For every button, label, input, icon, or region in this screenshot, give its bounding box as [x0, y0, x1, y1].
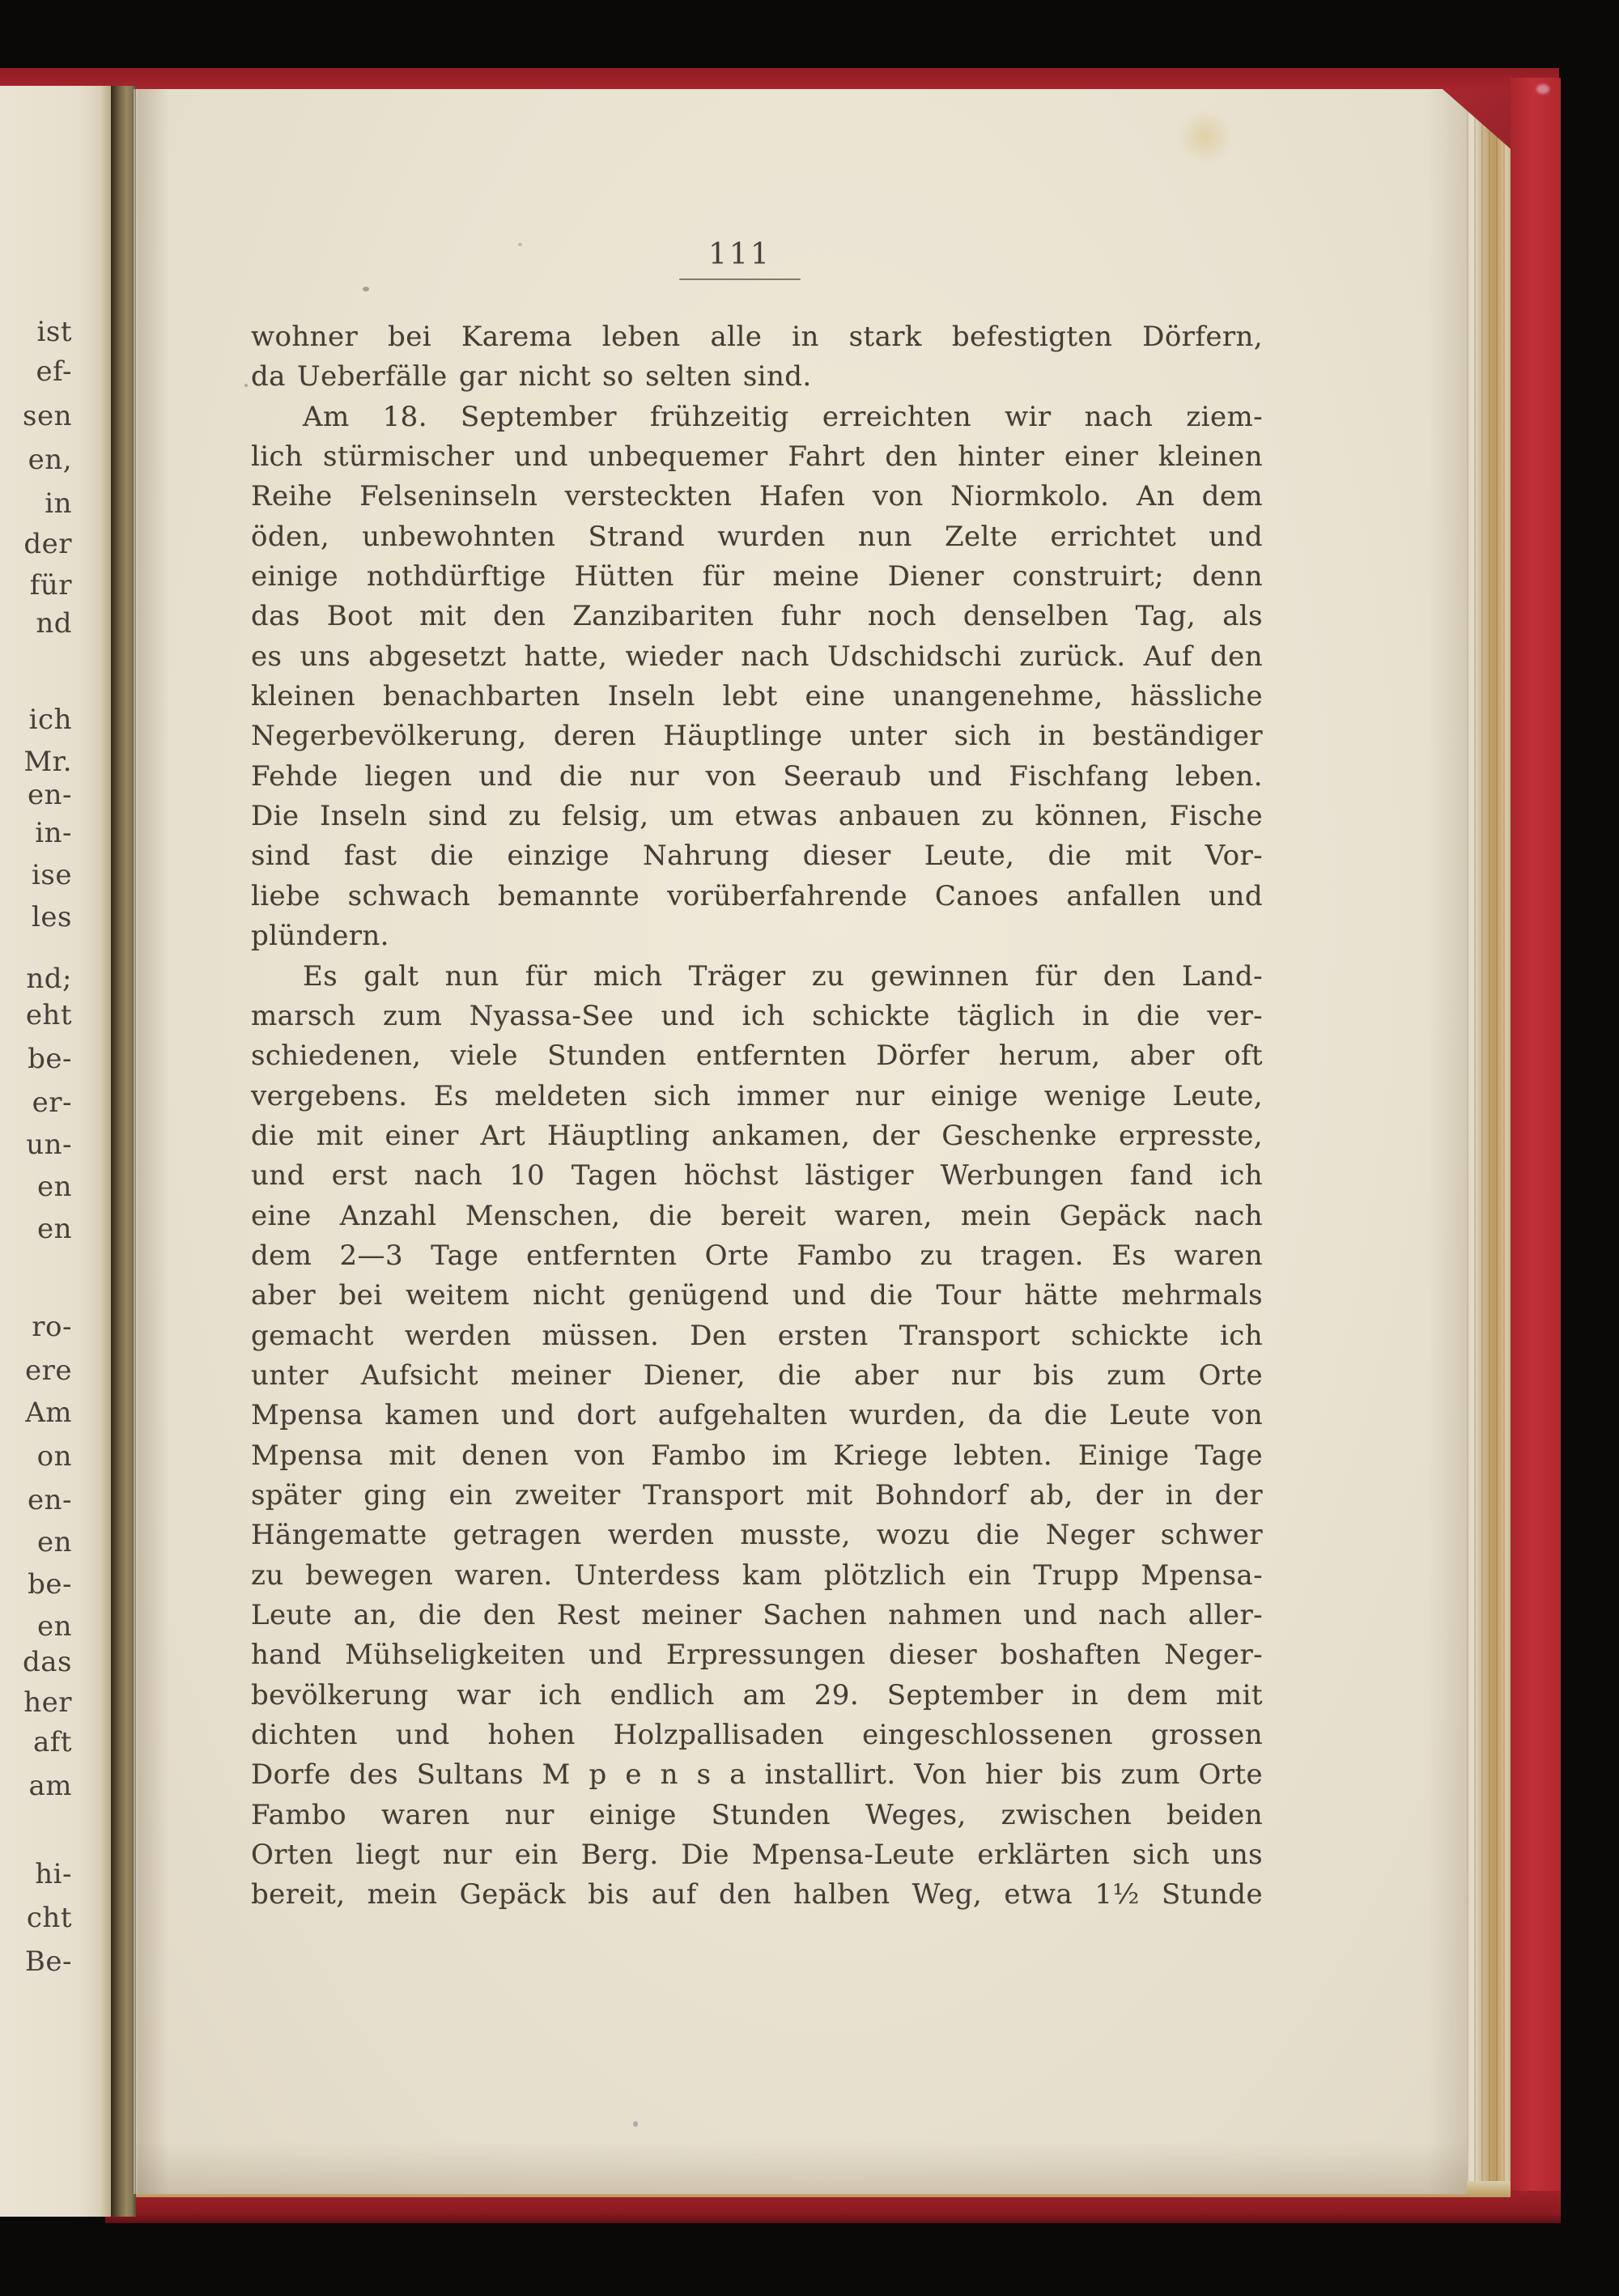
facing-page-fragment: das [23, 1646, 72, 1678]
text-line: unter Aufsicht meiner Diener, die aber n… [251, 1356, 1263, 1396]
facing-page-fragment: in- [35, 817, 72, 849]
facing-page-fragment: er- [32, 1086, 72, 1119]
facing-page-fragment: cht [27, 1902, 72, 1934]
page-number: 111 [678, 238, 801, 271]
paper-fuzz [1536, 84, 1549, 94]
text-line: da Ueberfälle gar nicht so selten sind. [251, 357, 1263, 397]
book-photo-scene: istef-senen,inderfürndichMr.en-in-iseles… [0, 0, 1619, 2296]
text-line: vergebens. Es meldeten sich immer nur ei… [251, 1077, 1263, 1116]
text-line: Fambo waren nur einige Stunden Weges, zw… [251, 1796, 1263, 1835]
facing-page-fragment: hi- [35, 1858, 72, 1890]
text-line: Es galt nun für mich Träger zu gewinnen … [251, 957, 1263, 997]
text-line: marsch zum Nyassa-See und ich schickte t… [251, 997, 1263, 1036]
facing-page-fragment: Be- [25, 1945, 72, 1978]
text-line: Mpensa kamen und dort aufgehalten wurden… [251, 1396, 1263, 1435]
page-edge-stack-right [1467, 104, 1511, 2191]
text-line: die mit einer Art Häuptling ankamen, der… [251, 1116, 1263, 1156]
text-line: dichten und hohen Holzpallisaden eingesc… [251, 1716, 1263, 1755]
facing-page-fragment: en [37, 1526, 72, 1558]
text-line: plündern. [251, 916, 1263, 956]
facing-page-fragment: der [23, 528, 72, 560]
facing-page-fragment: les [32, 901, 72, 933]
text-line: sind fast die einzige Nahrung dieser Leu… [251, 836, 1263, 876]
paper-speck [363, 287, 369, 291]
page-number-rule [679, 278, 801, 280]
text-line: und erst nach 10 Tagen höchst lästiger W… [251, 1156, 1263, 1196]
text-line: lich stürmischer und unbequemer Fahrt de… [251, 437, 1263, 477]
text-line: das Boot mit den Zanzibariten fuhr noch … [251, 597, 1263, 636]
book-gutter [111, 86, 136, 2217]
text-line: dem 2—3 Tage entfernten Orte Fambo zu tr… [251, 1236, 1263, 1276]
text-line: Dorfe des Sultans M p e n s a installirt… [251, 1755, 1263, 1795]
facing-page-fragment: be- [28, 1043, 72, 1075]
text-line: bevölkerung war ich endlich am 29. Septe… [251, 1676, 1263, 1716]
facing-page-fragment: sen [23, 400, 72, 432]
facing-page-fragment: en [37, 1610, 72, 1643]
text-line: bereit, mein Gepäck bis auf den halben W… [251, 1875, 1263, 1915]
text-line: liebe schwach bemannte vorüberfahrende C… [251, 877, 1263, 916]
text-block: wohner bei Karema leben alle in stark be… [251, 317, 1263, 1915]
facing-page-fragment: ise [32, 859, 72, 891]
facing-page-fragment: un- [26, 1129, 72, 1161]
facing-page-fragment: für [30, 569, 72, 602]
facing-page-fragment: in [45, 487, 72, 520]
book-cover-right-edge [1511, 78, 1561, 2223]
facing-page-fragment: ist [37, 316, 73, 348]
paper-speck [633, 2121, 638, 2127]
text-line: Mpensa mit denen von Fambo im Kriege leb… [251, 1436, 1263, 1476]
text-line: schiedenen, viele Stunden entfernten Dör… [251, 1036, 1263, 1076]
text-line: einige nothdürftige Hütten für meine Die… [251, 557, 1263, 597]
facing-page-fragment: aft [33, 1726, 72, 1758]
facing-page-fragment: Am [25, 1397, 72, 1429]
facing-page-fragment: eht [26, 999, 72, 1031]
facing-page-fragment: on [37, 1440, 72, 1473]
text-line: Die Inseln sind zu felsig, um etwas anba… [251, 797, 1263, 836]
page-edge-highlight [134, 89, 138, 2194]
text-line: kleinen benachbarten Inseln lebt eine un… [251, 677, 1263, 716]
facing-page-fragment: nd [36, 607, 72, 640]
text-line: gemacht werden müssen. Den ersten Transp… [251, 1316, 1263, 1356]
facing-page-fragment: ro- [32, 1311, 72, 1343]
text-line: Am 18. September frühzeitig erreichten w… [251, 398, 1263, 437]
facing-page-fragment: en [37, 1213, 72, 1245]
facing-page-fragment: am [28, 1770, 72, 1802]
text-line: Orten liegt nur ein Berg. Die Mpensa-Leu… [251, 1835, 1263, 1875]
text-line: Hängematte getragen werden musste, wozu … [251, 1516, 1263, 1555]
text-line: hand Mühseligkeiten und Erpressungen die… [251, 1635, 1263, 1675]
facing-page-fragment: ere [25, 1354, 72, 1387]
text-line: Leute an, die den Rest meiner Sachen nah… [251, 1596, 1263, 1635]
text-line: es uns abgesetzt hatte, wieder nach Udsc… [251, 637, 1263, 677]
text-line: zu bewegen waren. Unterdess kam plötzlic… [251, 1556, 1263, 1596]
facing-page-fragment: ich [29, 704, 72, 736]
facing-page-fragment: en- [28, 779, 72, 811]
facing-page-fragment: en- [28, 1484, 72, 1516]
facing-page-fragment: en [37, 1171, 72, 1203]
text-line: wohner bei Karema leben alle in stark be… [251, 317, 1263, 357]
text-line: aber bei weitem nicht genügend und die T… [251, 1276, 1263, 1316]
facing-page-fragment: en, [28, 444, 72, 476]
page-header: 111 [678, 238, 801, 280]
facing-page-fragment: be- [28, 1568, 72, 1601]
facing-page-fragment: ef- [36, 355, 72, 388]
facing-page-fragment: nd; [26, 963, 72, 995]
facing-page-fragment: Mr. [23, 746, 72, 778]
text-line: Fehde liegen und die nur von Seeraub und… [251, 757, 1263, 797]
paper-speck [244, 384, 248, 387]
text-line: öden, unbewohnten Strand wurden nun Zelt… [251, 517, 1263, 557]
facing-page: istef-senen,inderfürndichMr.en-in-iseles… [0, 86, 111, 2217]
text-line: Negerbevölkerung, deren Häuptlinge unter… [251, 716, 1263, 756]
text-line: später ging ein zweiter Transport mit Bo… [251, 1476, 1263, 1516]
paper-stain [1175, 112, 1235, 162]
facing-page-fragment: her [23, 1686, 72, 1719]
paper-speck [518, 243, 522, 246]
text-line: eine Anzahl Menschen, die bereit waren, … [251, 1197, 1263, 1236]
text-line: Reihe Felseninseln versteckten Hafen von… [251, 477, 1263, 517]
